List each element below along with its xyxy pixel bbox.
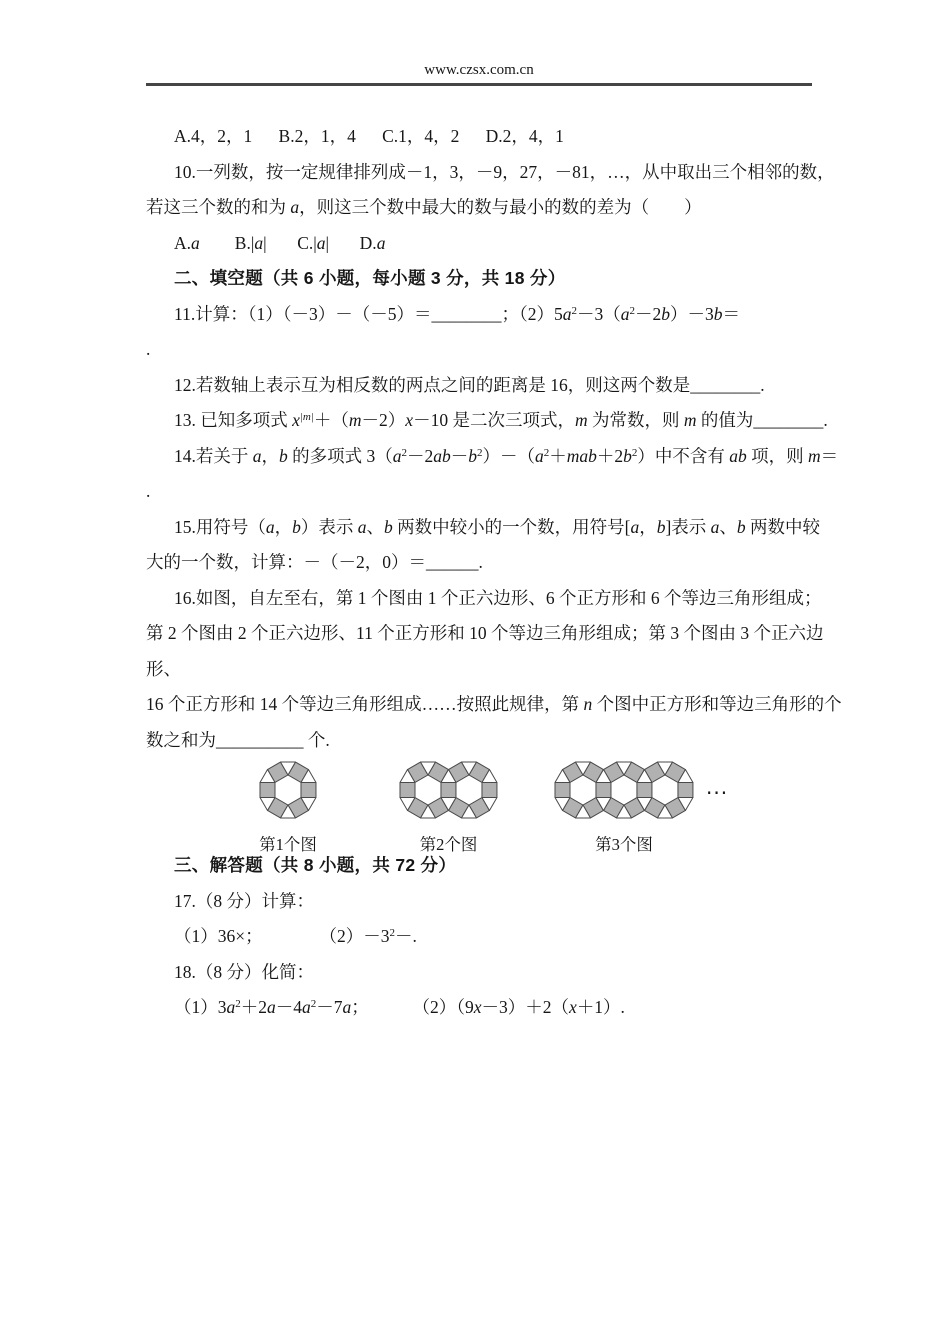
text-run: 16 个正方形和 14 个等边三角形组成……按照此规律，第 [146, 694, 584, 714]
text-run: 的多项式 3（ [288, 446, 393, 466]
answer-blank: ________ [690, 375, 760, 395]
pattern-continuation-ellipsis: ··· [706, 776, 728, 812]
text-run: 13. 已知多项式 [174, 410, 292, 430]
superscript: |m| [300, 411, 314, 423]
text-run: 14.若关于 [174, 446, 253, 466]
text-run: 第 2 个图由 2 个正六边形、11 个正方形和 10 个等边三角形组成；第 3… [146, 623, 823, 679]
text-run: －3（ [577, 304, 621, 324]
text-run: －2 [635, 304, 661, 324]
text-run: m [575, 410, 588, 430]
text-run: －3）＋2（ [482, 997, 570, 1017]
figure-caption: 第3个图 [554, 834, 694, 856]
text-run: 个图中正方形和等边三角形的个 [592, 694, 841, 714]
text-run: －4 [276, 997, 302, 1017]
answer-blank: __________ [216, 730, 304, 750]
text-run: ＋ [549, 446, 567, 466]
text-run: m [349, 410, 362, 430]
text-run: b [384, 517, 393, 537]
text-run: ]表示 [665, 517, 710, 537]
text-run: 若这三个数的和为 [146, 197, 290, 217]
text-run: 16.如图，自左至右，第 1 个图由 1 个正六边形、6 个正方形和 6 个等边… [174, 588, 822, 608]
text-run: D. [360, 233, 377, 253]
text-run: 、 [367, 517, 385, 537]
text-run: （2）－3 [320, 926, 390, 946]
answer-blank: ______ [426, 552, 479, 572]
answer-blank: ________ [431, 304, 501, 324]
text-run: （1）3 [174, 997, 227, 1017]
text-run [459, 126, 485, 146]
text-run: 的值为 [696, 410, 753, 430]
text-run: 大的一个数，计算：－（－2，0）＝ [146, 552, 426, 572]
text-run: m [808, 446, 821, 466]
text-run: a [358, 517, 367, 537]
text-run: ab [729, 446, 747, 466]
text-run: 二、填空题（共 6 小题，每小题 3 分，共 18 分） [174, 268, 566, 288]
text-run: （2）（9 [413, 997, 474, 1017]
text-run: － [451, 446, 469, 466]
document-body: A.4，2，1 B.2，1，4 C.1，4，2 D.2，4，110.一列数，按一… [146, 119, 842, 1026]
text-run: b [292, 517, 301, 537]
text-run [369, 997, 413, 1017]
text-run: b [737, 517, 746, 537]
text-run: n [584, 694, 593, 714]
text-run: －. [395, 926, 417, 946]
text-run: a [377, 233, 386, 253]
text-run: ＋1）. [577, 997, 625, 1017]
q12: 12.若数轴上表示互为相反数的两点之间的距离是 16，则这两个数是_______… [146, 368, 842, 404]
text-run: ab [433, 446, 451, 466]
text-run: mab [567, 446, 597, 466]
text-run: a [535, 446, 544, 466]
text-run: x [474, 997, 482, 1017]
text-run: x [292, 410, 300, 430]
text-run: 三、解答题（共 8 小题，共 72 分） [174, 855, 456, 875]
text-run: b [279, 446, 288, 466]
text-run: －2） [362, 410, 406, 430]
text-run: ＋2 [241, 997, 267, 1017]
text-run: . [146, 481, 150, 501]
text-run: C.| [297, 233, 317, 253]
pattern-figure-1: 第1个图 [259, 760, 317, 856]
q10-options: A.a B.|a| C.|a| D.a [146, 226, 842, 262]
hexagon-pattern-image [259, 760, 317, 820]
text-run: a [343, 997, 352, 1017]
text-run: A. [174, 233, 191, 253]
text-run: ， [639, 517, 657, 537]
text-run: 两数中较小的一个数，用符号[ [393, 517, 631, 537]
text-run: b [468, 446, 477, 466]
text-run: ； [351, 997, 369, 1017]
q16: 16.如图，自左至右，第 1 个图由 1 个正六边形、6 个正方形和 6 个等边… [146, 581, 842, 759]
text-run: B.2，1，4 [279, 126, 356, 146]
text-run: x [405, 410, 413, 430]
q11: 11.计算：（1）（－3）－（－5）＝________；（2）5a2－3（a2－… [146, 297, 842, 368]
text-run: A.4，2，1 [174, 126, 252, 146]
text-run: ；（2）5 [501, 304, 562, 324]
text-run: 项，则 [747, 446, 808, 466]
hexagon-pattern-image [554, 760, 694, 820]
text-run: b [623, 446, 632, 466]
text-run: x [569, 997, 577, 1017]
text-run: a [630, 517, 639, 537]
text-run: 10.一列数，按一定规律排列成－1，3，－9，27，－81，…，从中取出三个相邻… [174, 162, 835, 182]
text-run: a [227, 997, 236, 1017]
text-run: 17.（8 分）计算： [174, 891, 314, 911]
text-run: ＝ [821, 446, 839, 466]
text-block-top: A.4，2，1 B.2，1，4 C.1，4，2 D.2，4，110.一列数，按一… [146, 119, 842, 758]
text-run: ， [262, 446, 280, 466]
text-run [356, 126, 382, 146]
q13: 13. 已知多项式 x|m|＋（m－2）x－10 是二次三项式，m 为常数，则 … [146, 403, 842, 439]
section2-header: 二、填空题（共 6 小题，每小题 3 分，共 18 分） [146, 261, 842, 297]
text-run: ， [275, 517, 293, 537]
text-run: a [266, 517, 275, 537]
text-run: 两数中较 [746, 517, 820, 537]
text-run: －2 [407, 446, 433, 466]
text-run: ）－（ [483, 446, 536, 466]
q14: 14.若关于 a，b 的多项式 3（a2－2ab－b2）－（a2＋mab＋2b2… [146, 439, 842, 510]
text-run: ＋2 [597, 446, 623, 466]
q9-options: A.4，2，1 B.2，1，4 C.1，4，2 D.2，4，1 [146, 119, 842, 155]
pattern-figure-3: 第3个图 [554, 760, 694, 856]
text-run [200, 233, 235, 253]
text-run: . [823, 410, 827, 430]
text-run [263, 926, 320, 946]
text-run: a [317, 233, 326, 253]
page-header: www.czsx.com.cn [146, 60, 812, 86]
text-run: D.2，4，1 [486, 126, 564, 146]
answer-blank: ________ [753, 410, 823, 430]
text-run: a [290, 197, 299, 217]
text-run: －10 是二次三项式， [413, 410, 575, 430]
text-run [267, 233, 298, 253]
text-run: . [479, 552, 483, 572]
text-run: 12.若数轴上表示互为相反数的两点之间的距离是 16，则这两个数是 [174, 375, 690, 395]
text-run: a [254, 233, 263, 253]
text-run [252, 126, 278, 146]
text-run: 为常数，则 [588, 410, 684, 430]
text-run: 15.用符号（ [174, 517, 266, 537]
text-run: B.| [235, 233, 255, 253]
text-run: ）中不含有 [637, 446, 729, 466]
text-run: ＋（ [314, 410, 349, 430]
text-run: 11.计算：（1）（－3）－（－5）＝ [174, 304, 431, 324]
text-run: ）－3 [670, 304, 714, 324]
text-run: 数之和为 [146, 730, 216, 750]
q17: 17.（8 分）计算： [146, 884, 842, 920]
text-run: a [393, 446, 402, 466]
text-run: . [146, 339, 150, 359]
text-run [329, 233, 360, 253]
text-run: －7 [316, 997, 342, 1017]
text-run: C.1，4，2 [382, 126, 459, 146]
text-run: ＝ [722, 304, 740, 324]
pattern-figures: 第1个图第2个图第3个图··· [146, 760, 842, 848]
q15: 15.用符号（a，b）表示 a、b 两数中较小的一个数，用符号[a，b]表示 a… [146, 510, 842, 581]
site-url: www.czsx.com.cn [424, 62, 533, 78]
text-run: . [760, 375, 764, 395]
text-run: 个. [304, 730, 330, 750]
q18: 18.（8 分）化简： [146, 955, 842, 991]
exam-page: { "header": { "site": "www.czsx.com.cn" … [0, 0, 950, 1344]
text-run: （1）36×； [174, 926, 263, 946]
text-run: a [191, 233, 200, 253]
text-run: b [661, 304, 670, 324]
text-run: m [684, 410, 697, 430]
text-run: ，则这三个数中最大的数与最小的数的差为（ ） [299, 197, 702, 217]
q17-parts: （1）36×； （2）－32－. [146, 919, 842, 955]
text-run: a [267, 997, 276, 1017]
text-run: a [253, 446, 262, 466]
text-run: ）表示 [301, 517, 358, 537]
hexagon-pattern-image [399, 760, 498, 820]
q10: 10.一列数，按一定规律排列成－1，3，－9，27，－81，…，从中取出三个相邻… [146, 155, 842, 226]
text-run: a [302, 997, 311, 1017]
q18-parts: （1）3a2＋2a－4a2－7a； （2）（9x－3）＋2（x＋1）. [146, 990, 842, 1026]
pattern-figure-2: 第2个图 [399, 760, 498, 856]
text-run: 、 [719, 517, 737, 537]
text-run: 18.（8 分）化简： [174, 962, 314, 982]
text-block-bottom: 三、解答题（共 8 小题，共 72 分）17.（8 分）计算：（1）36×； （… [146, 848, 842, 1026]
